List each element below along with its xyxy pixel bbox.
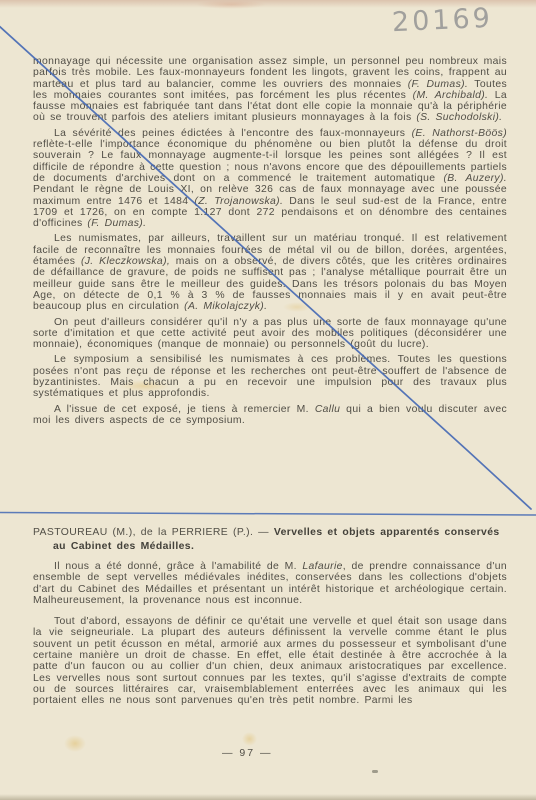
text-run: PASTOUREAU (M.), de la PERRIERE (P.). — [33,527,274,538]
citation-italic: (S. Suchodolski). [416,112,502,123]
text-run: reflète-t-elle l'importance économique d… [33,139,507,184]
citation-italic: (F. Dumas). [408,79,468,90]
text-run: Tout d'abord, essayons de définir ce qu'… [33,616,507,706]
paragraph: Il nous a été donné, grâce à l'amabilité… [33,561,507,606]
foxing-stain [64,735,86,752]
text-run: Il nous a été donné, grâce à l'amabilité… [54,561,302,572]
handwritten-accession-number: 20169 [391,3,493,38]
paragraph: A l'issue de cet exposé, je tiens à reme… [33,404,507,427]
scanned-page: 20169 monnayage qui nécessite une organi… [0,0,536,800]
paragraph: Les numismates, par ailleurs, travaillen… [33,233,507,312]
citation-italic: (A. Mikolajczyk). [184,301,267,312]
citation-italic: (E. Nathorst-Böös) [412,128,507,139]
new-article-paragraphs: Il nous a été donné, grâce à l'amabilité… [33,561,507,707]
paragraph: monnayage qui nécessite une organisation… [33,56,507,124]
text-run: A l'issue de cet exposé, je tiens à reme… [54,404,315,415]
foxing-stain [242,732,257,746]
foxing-stain [196,0,266,9]
citation-italic: (J. Kleczkowska), [81,256,170,267]
text-run: On peut d'ailleurs considérer qu'il n'y … [33,317,507,351]
page-number: — 97 — [222,747,273,759]
horizontal-section-divider-line [0,513,536,516]
paragraph: Le symposium a sensibilisé les numismate… [33,354,507,399]
citation-italic: (M. Archibald). [413,90,489,101]
citation-italic: (Z. Trojanowska). [194,196,283,207]
page-bottom-edge-shadow [0,794,536,800]
new-article: PASTOUREAU (M.), de la PERRIERE (P.). — … [33,526,507,707]
article-continuation-text: monnayage qui nécessite une organisation… [33,56,507,430]
text-run: Le symposium a sensibilisé les numismate… [33,354,507,399]
paragraph: On peut d'ailleurs considérer qu'il n'y … [33,317,507,351]
new-article-heading: PASTOUREAU (M.), de la PERRIERE (P.). — … [33,526,507,553]
citation-italic: Callu [315,404,340,415]
citation-italic: Lafaurie [302,561,342,572]
paragraph: La sévérité des peines édictées à l'enco… [33,128,507,230]
citation-italic: (F. Dumas). [87,218,146,229]
citation-italic: (B. Auzery). [443,173,507,184]
ink-speck [372,770,378,773]
text-run: La sévérité des peines édictées à l'enco… [54,128,412,139]
paragraph: Tout d'abord, essayons de définir ce qu'… [33,616,507,706]
